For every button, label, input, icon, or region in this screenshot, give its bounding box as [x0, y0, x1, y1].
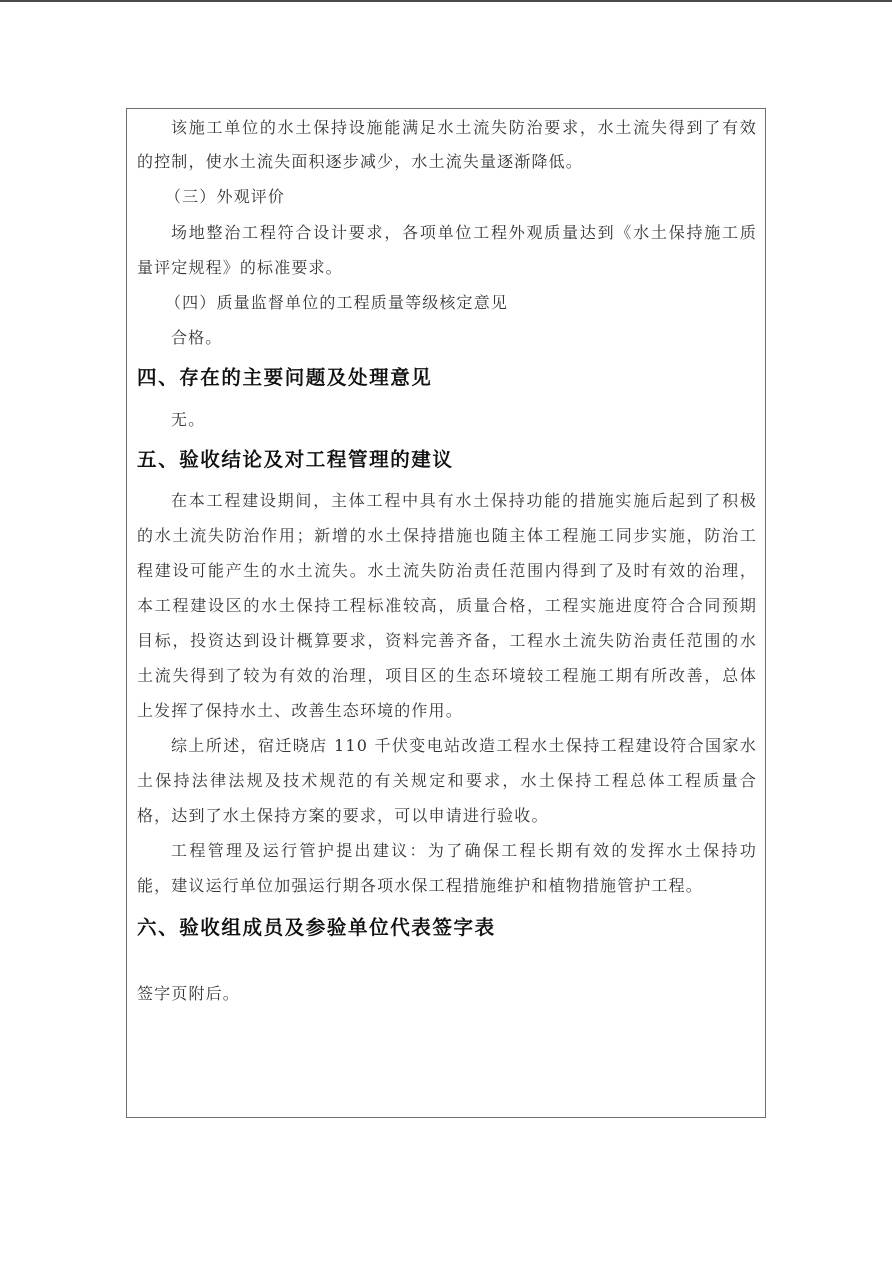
subheading-appearance: （三）外观评价 [165, 187, 757, 207]
paragraph-line: 在本工程建设期间，主体工程中具有水土保持功能的措施实施后起到了积极 [171, 491, 757, 511]
paragraph-line: 本工程建设区的水土保持工程标准较高，质量合格，工程实施进度符合合同预期 [137, 596, 757, 616]
paragraph-line: 的控制，使水土流失面积逐步减少，水土流失量逐渐降低。 [137, 152, 757, 172]
paragraph-line: 工程管理及运行管护提出建议：为了确保工程长期有效的发挥水土保持功 [171, 841, 757, 861]
paragraph-line: 格，达到了水土保持方案的要求，可以申请进行验收。 [137, 806, 757, 826]
paragraph-line: 综上所述，宿迁晓店 110 千伏变电站改造工程水土保持工程建设符合国家水 [171, 736, 757, 756]
section-4-body: 无。 [171, 410, 757, 430]
paragraph-line: 程建设可能产生的水土流失。水土流失防治责任范围内得到了及时有效的治理， [137, 561, 757, 581]
paragraph-line: 上发挥了保持水土、改善生态环境的作用。 [137, 701, 757, 721]
section-heading-4: 四、存在的主要问题及处理意见 [137, 366, 432, 390]
section-heading-6: 六、验收组成员及参验单位代表签字表 [137, 916, 496, 940]
paragraph-line: 土流失得到了较为有效的治理，项目区的生态环境较工程施工期有所改善，总体 [137, 666, 757, 686]
paragraph-line: 土保持法律法规及技术规范的有关规定和要求，水土保持工程总体工程质量合 [137, 771, 757, 791]
paragraph-line: 目标，投资达到设计概算要求，资料完善齐备，工程水土流失防治责任范围的水 [137, 631, 757, 651]
supervision-result: 合格。 [171, 328, 757, 348]
document-table-cell: 该施工单位的水土保持设施能满足水土流失防治要求，水土流失得到了有效 的控制，使水… [126, 108, 766, 1118]
paragraph-line: 该施工单位的水土保持设施能满足水土流失防治要求，水土流失得到了有效 [171, 118, 757, 138]
paragraph-line: 的水土流失防治作用；新增的水土保持措施也随主体工程施工同步实施，防治工 [137, 526, 757, 546]
paragraph-line: 场地整治工程符合设计要求，各项单位工程外观质量达到《水土保持施工质 [171, 223, 757, 243]
section-heading-5: 五、验收结论及对工程管理的建议 [137, 448, 454, 472]
paragraph-line: 能，建议运行单位加强运行期各项水保工程措施维护和植物措施管护工程。 [137, 876, 757, 896]
paragraph-line: 量评定规程》的标准要求。 [137, 258, 757, 278]
subheading-supervision: （四）质量监督单位的工程质量等级核定意见 [165, 293, 757, 313]
signature-note: 签字页附后。 [137, 984, 757, 1004]
page-top-rule [0, 0, 892, 2]
